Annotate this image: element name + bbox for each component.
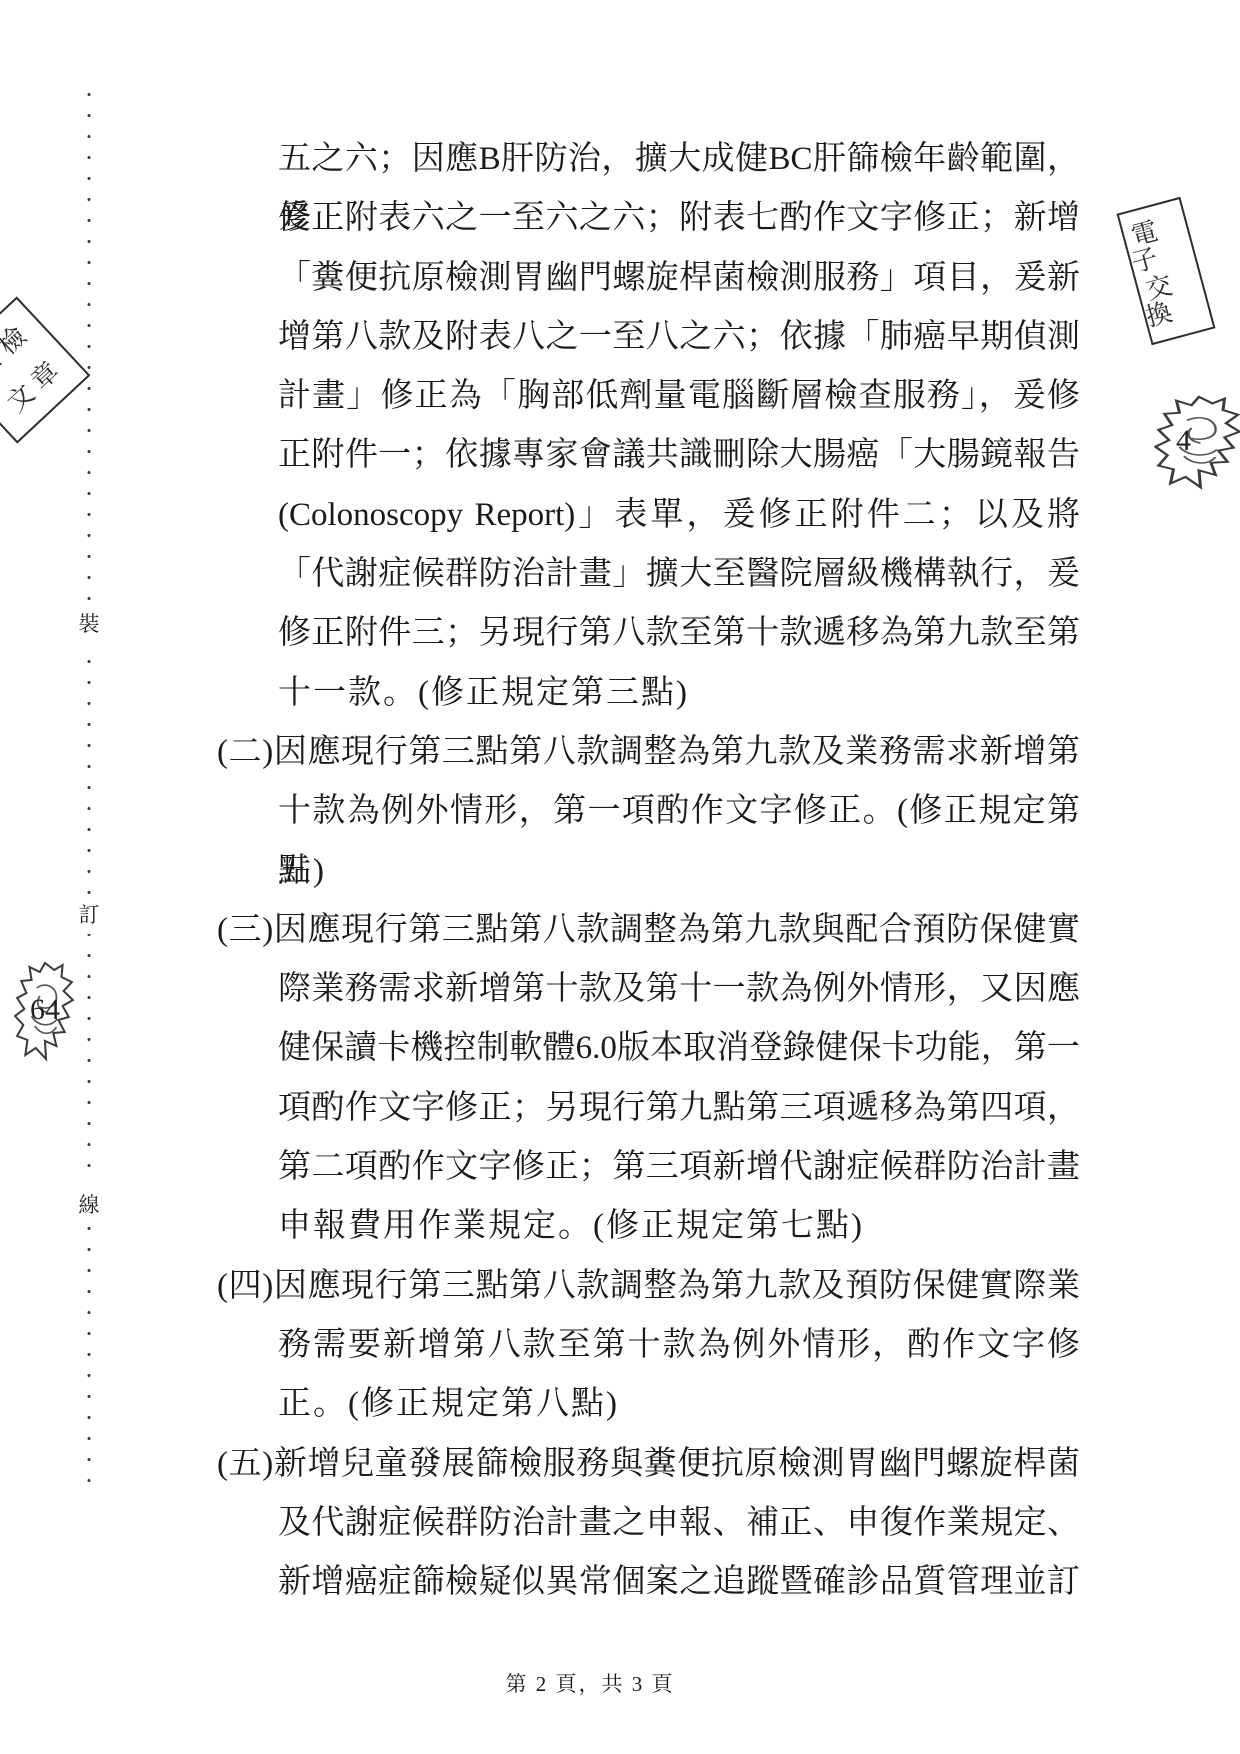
body-line: 第二項酌作文字修正；第三項新增代謝症候群防治計畫 (217, 1138, 1080, 1197)
footer-page-indicator: 第 2 頁，共 3 頁 (440, 1668, 740, 1698)
body-line: 五之六；因應B肝防治，擴大成健BC肝篩檢年齡範圍，爰 (217, 130, 1080, 189)
seal-number-left: 64 (14, 993, 76, 1027)
body-line: 修正附表六之一至六之六；附表七酌作文字修正；新增 (217, 189, 1080, 248)
perforation-seal-left: 64 (14, 960, 76, 1064)
body-line: (Colonoscopy Report)」表單，爰修正附件二；以及將 (217, 486, 1080, 545)
electronic-exchange-stamp: 電子 交換 (1117, 197, 1216, 345)
perforation-seal-right: 4 (1154, 394, 1240, 492)
body-line: 際業務需求新增第十款及第十一款為例外情形，又因應 (217, 960, 1080, 1019)
body-line: 務需要新增第八款至第十款為例外情形，酌作文字修 (217, 1316, 1080, 1375)
document-page: 五之六；因應B肝防治，擴大成健BC肝篩檢年齡範圍，爰修正附表六之一至六之六；附表… (0, 0, 1240, 1754)
body-line: (三)因應現行第三點第八款調整為第九款與配合預防保健實 (217, 901, 1080, 960)
body-line: 十一款。(修正規定第三點) (217, 664, 1080, 723)
exchange-stamp-row: 交換 (1137, 265, 1210, 331)
body-line: (四)因應現行第三點第八款調整為第九款及預防保健實際業 (217, 1257, 1080, 1316)
body-text: 五之六；因應B肝防治，擴大成健BC肝篩檢年齡範圍，爰修正附表六之一至六之六；附表… (217, 130, 1080, 1612)
body-line: 修正附件三；另現行第八款至第十款遞移為第九款至第 (217, 604, 1080, 663)
body-line: (二)因應現行第三點第八款調整為第九款及業務需求新增第 (217, 723, 1080, 782)
body-line: 點) (217, 842, 1080, 901)
body-line: 計畫」修正為「胸部低劑量電腦斷層檢查服務」，爰修 (217, 367, 1080, 426)
body-line: 新增癌症篩檢疑似異常個案之追蹤暨確診品質管理並訂 (217, 1553, 1080, 1612)
body-line: 「代謝症候群防治計畫」擴大至醫院層級機構執行，爰 (217, 545, 1080, 604)
binding-dotted-line (87, 84, 91, 1496)
body-line: 正附件一；依據專家會議共識刪除大腸癌「大腸鏡報告 (217, 426, 1080, 485)
archive-stamp: 公檢 文章 (0, 296, 90, 443)
body-line: 項酌作文字修正；另現行第九點第三項遞移為第四項， (217, 1079, 1080, 1138)
body-line: 「糞便抗原檢測胃幽門螺旋桿菌檢測服務」項目，爰新 (217, 249, 1080, 308)
binding-char-zhuang: 裝 (76, 603, 102, 643)
body-line: (五)新增兒童發展篩檢服務與糞便抗原檢測胃幽門螺旋桿菌 (217, 1435, 1080, 1494)
body-line: 增第八款及附表八之一至八之六；依據「肺癌早期偵測 (217, 308, 1080, 367)
body-line: 及代謝症候群防治計畫之申報、補正、申復作業規定、 (217, 1494, 1080, 1553)
binding-char-ding: 訂 (76, 894, 102, 934)
star-seal-icon (1154, 394, 1240, 492)
binding-char-xian: 線 (76, 1184, 102, 1224)
body-line: 申報費用作業規定。(修正規定第七點) (217, 1197, 1080, 1256)
archive-stamp-row: 文章 (0, 353, 69, 422)
body-line: 健保讀卡機控制軟體6.0版本取消登錄健保卡功能，第一 (217, 1019, 1080, 1078)
body-line: 十款為例外情形，第一項酌作文字修正。(修正規定第五 (217, 782, 1080, 841)
body-line: 正。(修正規定第八點) (217, 1375, 1080, 1434)
seal-number-right: 4 (1176, 424, 1191, 458)
